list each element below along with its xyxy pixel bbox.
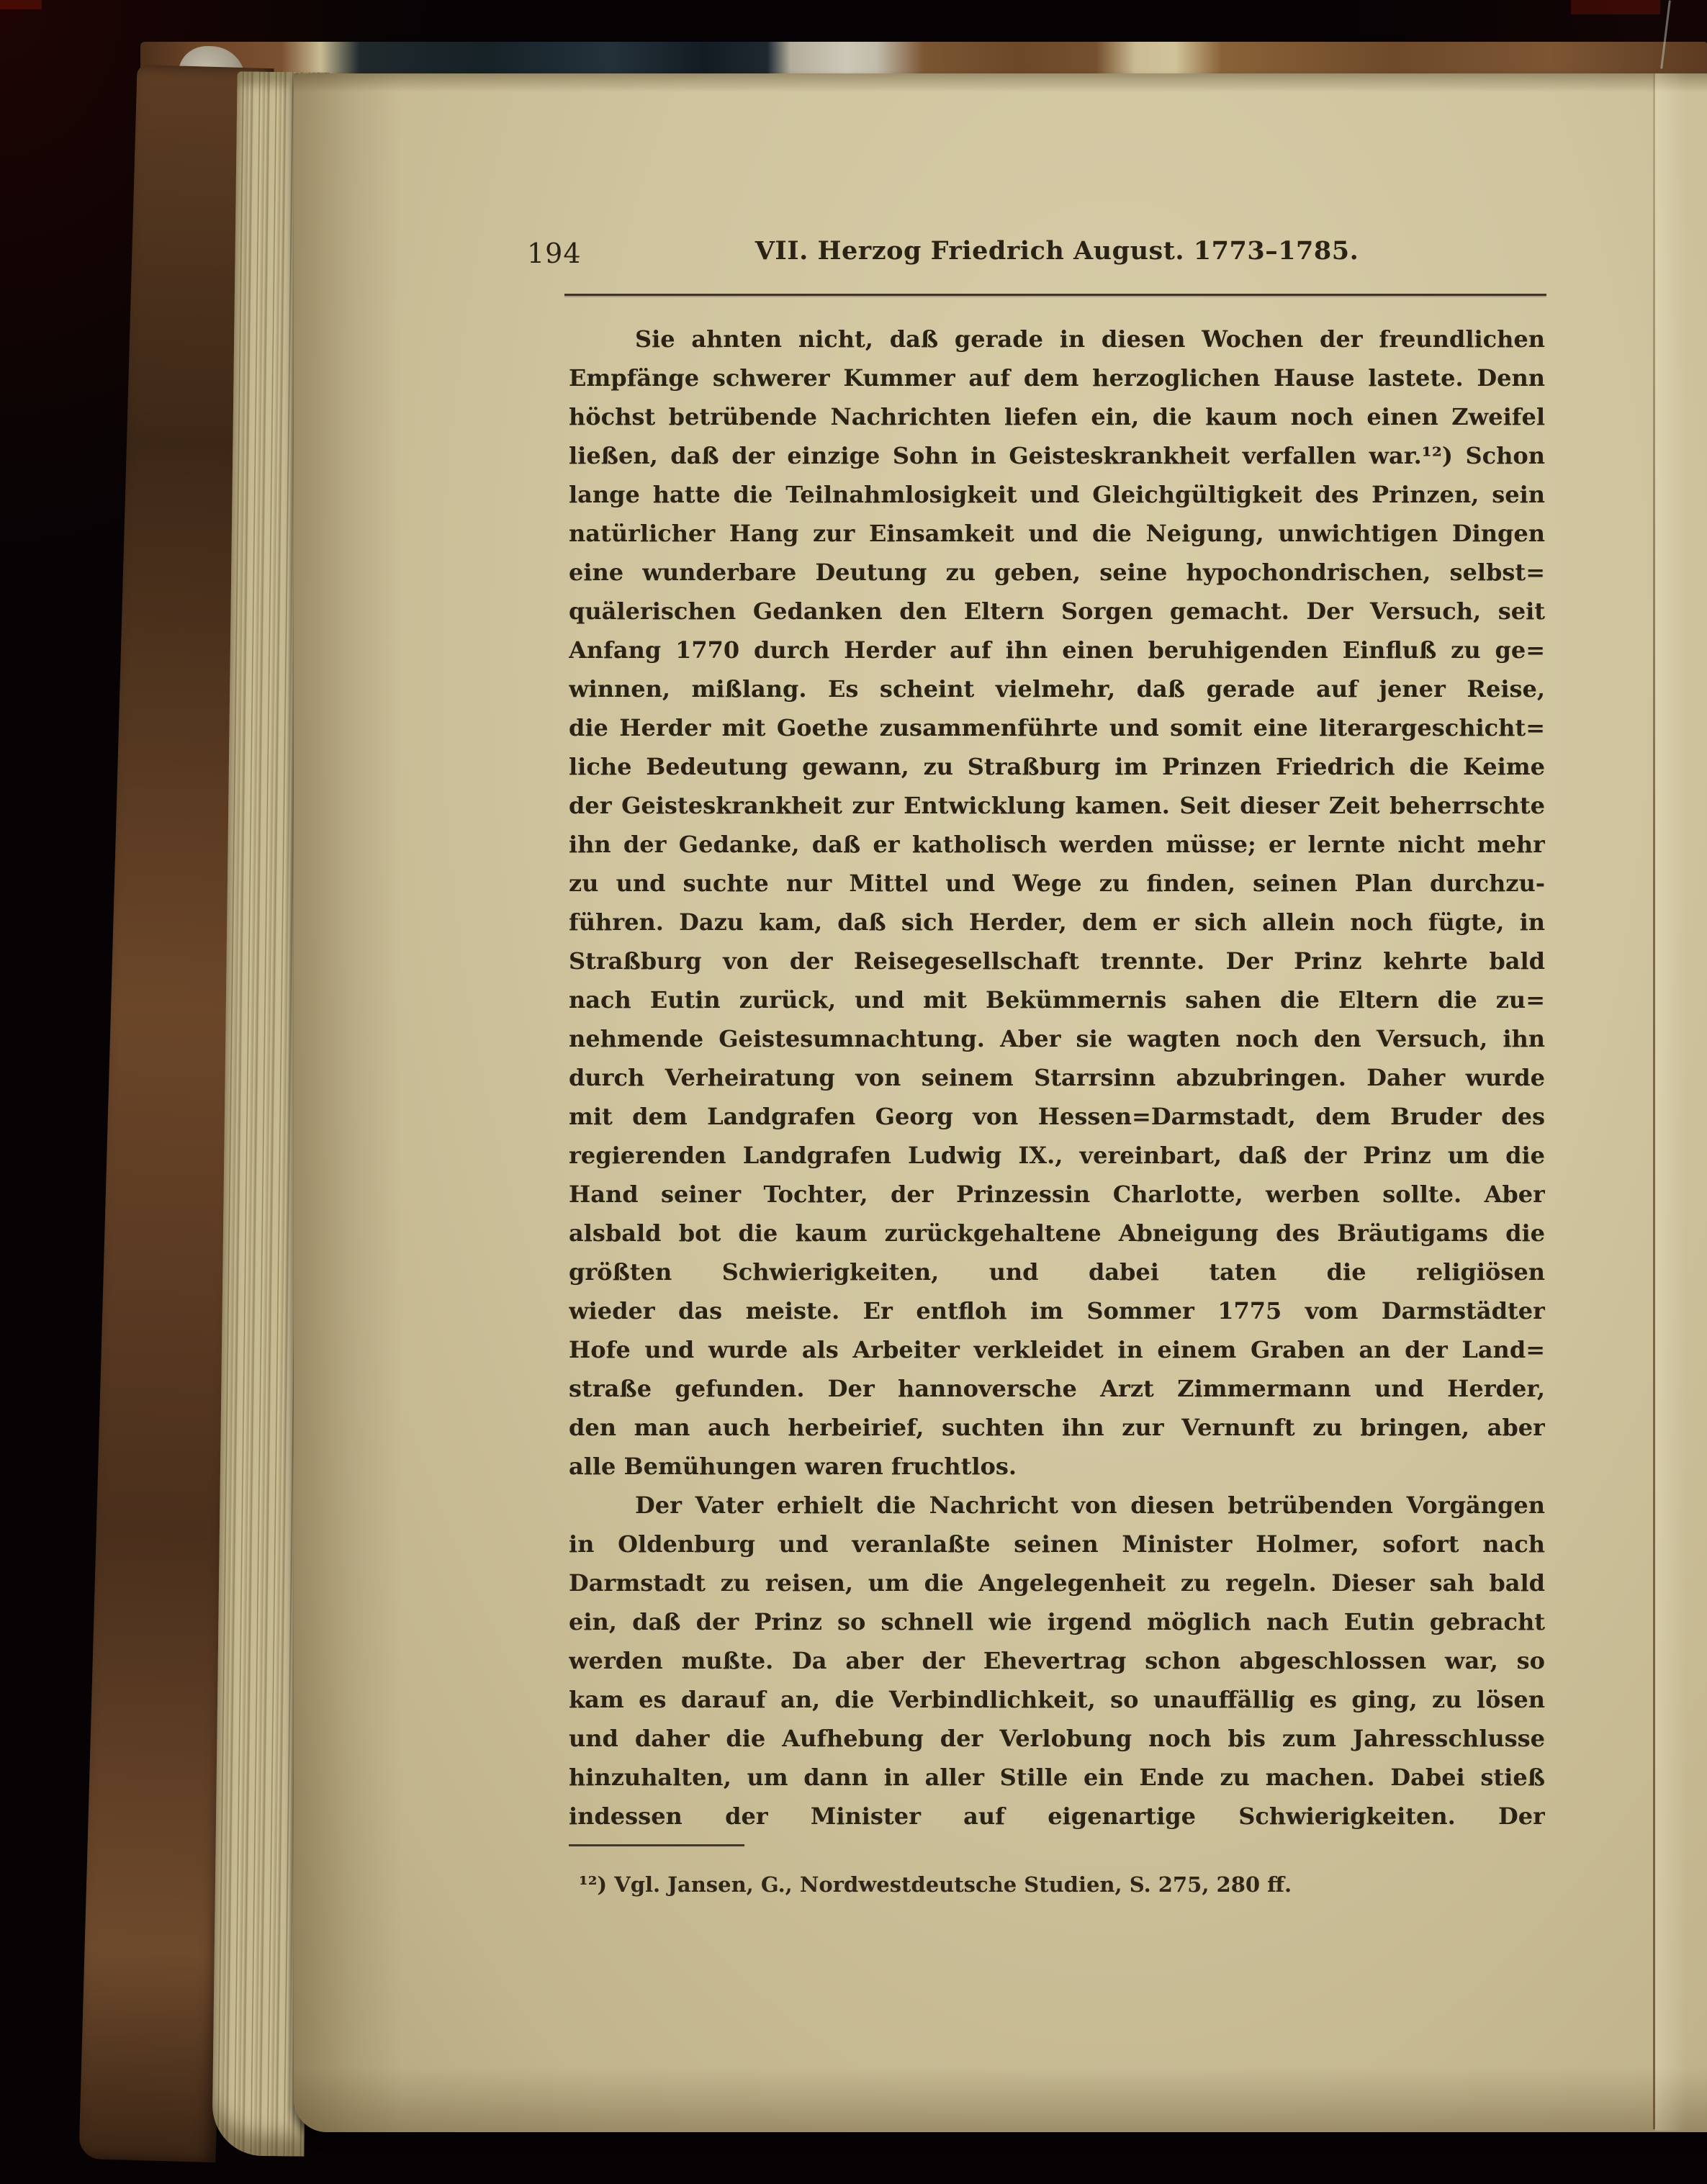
- text-line: mit dem Landgrafen Georg von Hessen=Darm…: [569, 1097, 1545, 1136]
- printed-page-content: 194 VII. Herzog Friedrich August. 1773–1…: [569, 235, 1545, 276]
- text-line: Anfang 1770 durch Herder auf ihn einen b…: [569, 631, 1545, 669]
- text-line: Der Vater erhielt die Nachricht von dies…: [569, 1486, 1545, 1525]
- page-top-shadow: [294, 73, 1707, 92]
- text-line: eine wunderbare Deutung zu geben, seine …: [569, 553, 1545, 592]
- scanned-book-photo: { "page": { "number": "194", "running_he…: [0, 0, 1707, 2184]
- text-line: nach Eutin zurück, und mit Bekümmernis s…: [569, 980, 1545, 1019]
- text-line: lange hatte die Teilnahmlosigkeit und Gl…: [569, 475, 1545, 514]
- text-line: Straßburg von der Reisegesellschaft tren…: [569, 942, 1545, 980]
- text-line: natürlicher Hang zur Einsamkeit und die …: [569, 514, 1545, 553]
- text-line: wieder das meiste. Er entfloh im Sommer …: [569, 1291, 1545, 1330]
- text-line: führen. Dazu kam, daß sich Herder, dem e…: [569, 903, 1545, 942]
- book-top-edge: [140, 42, 1707, 78]
- text-line: ihn der Gedanke, daß er katholisch werde…: [569, 825, 1545, 864]
- footnote-rule: [569, 1844, 744, 1846]
- text-line: Empfänge schwerer Kummer auf dem herzogl…: [569, 358, 1545, 397]
- text-line: alle Bemühungen waren fruchtlos.: [569, 1447, 1545, 1486]
- text-line: winnen, mißlang. Es scheint vielmehr, da…: [569, 669, 1545, 708]
- body-text: Sie ahnten nicht, daß gerade in diesen W…: [569, 320, 1545, 1836]
- text-line: Hofe und wurde als Arbeiter verkleidet i…: [569, 1330, 1545, 1369]
- page-bottom-shadow: [294, 2067, 1707, 2132]
- text-line: quälerischen Gedanken den Eltern Sorgen …: [569, 592, 1545, 631]
- text-line: indessen der Minister auf eigenartige Sc…: [569, 1797, 1545, 1836]
- text-line: Hand seiner Tochter, der Prinzessin Char…: [569, 1175, 1545, 1214]
- text-line: liche Bedeutung gewann, zu Straßburg im …: [569, 747, 1545, 786]
- film-edge-mark: [1571, 0, 1660, 14]
- film-edge-mark: [0, 0, 42, 9]
- text-line: ein, daß der Prinz so schnell wie irgend…: [569, 1602, 1545, 1641]
- text-line: regierenden Landgrafen Ludwig IX., verei…: [569, 1136, 1545, 1175]
- header-rule: [564, 294, 1546, 296]
- text-line: in Oldenburg und veranlaßte seinen Minis…: [569, 1525, 1545, 1563]
- text-line: alsbald bot die kaum zurückgehaltene Abn…: [569, 1214, 1545, 1253]
- text-line: zu und suchte nur Mittel und Wege zu fin…: [569, 864, 1545, 903]
- facing-page-sliver: [1655, 73, 1707, 2131]
- text-line: größten Schwierigkeiten, und dabei taten…: [569, 1253, 1545, 1291]
- text-line: die Herder mit Goethe zusammenführte und…: [569, 708, 1545, 747]
- running-header: 194 VII. Herzog Friedrich August. 1773–1…: [569, 235, 1545, 276]
- text-line: Darmstadt zu reisen, um die Angelegenhei…: [569, 1563, 1545, 1602]
- text-line: straße gefunden. Der hannoversche Arzt Z…: [569, 1369, 1545, 1408]
- text-line: durch Verheiratung von seinem Starrsinn …: [569, 1058, 1545, 1097]
- text-line: ließen, daß der einzige Sohn in Geistesk…: [569, 436, 1545, 475]
- text-line: werden mußte. Da aber der Ehevertrag sch…: [569, 1641, 1545, 1680]
- text-line: Sie ahnten nicht, daß gerade in diesen W…: [569, 320, 1545, 358]
- text-line: nehmende Geistesumnachtung. Aber sie wag…: [569, 1019, 1545, 1058]
- text-line: höchst betrübende Nachrichten liefen ein…: [569, 397, 1545, 436]
- text-line: der Geisteskrankheit zur Entwicklung kam…: [569, 786, 1545, 825]
- chapter-running-title: VII. Herzog Friedrich August. 1773–1785.: [569, 236, 1545, 266]
- text-line: hinzuhalten, um dann in aller Stille ein…: [569, 1758, 1545, 1797]
- gutter-shadow: [294, 73, 402, 2132]
- text-line: den man auch herbeirief, suchten ihn zur…: [569, 1408, 1545, 1447]
- footnote: ¹²) Vgl. Jansen, G., Nordwestdeutsche St…: [579, 1870, 1544, 1899]
- paragraph: Der Vater erhielt die Nachricht von dies…: [569, 1486, 1545, 1836]
- text-line: und daher die Aufhebung der Verlobung no…: [569, 1719, 1545, 1758]
- paragraph: Sie ahnten nicht, daß gerade in diesen W…: [569, 320, 1545, 1486]
- text-line: kam es darauf an, die Verbindlichkeit, s…: [569, 1680, 1545, 1719]
